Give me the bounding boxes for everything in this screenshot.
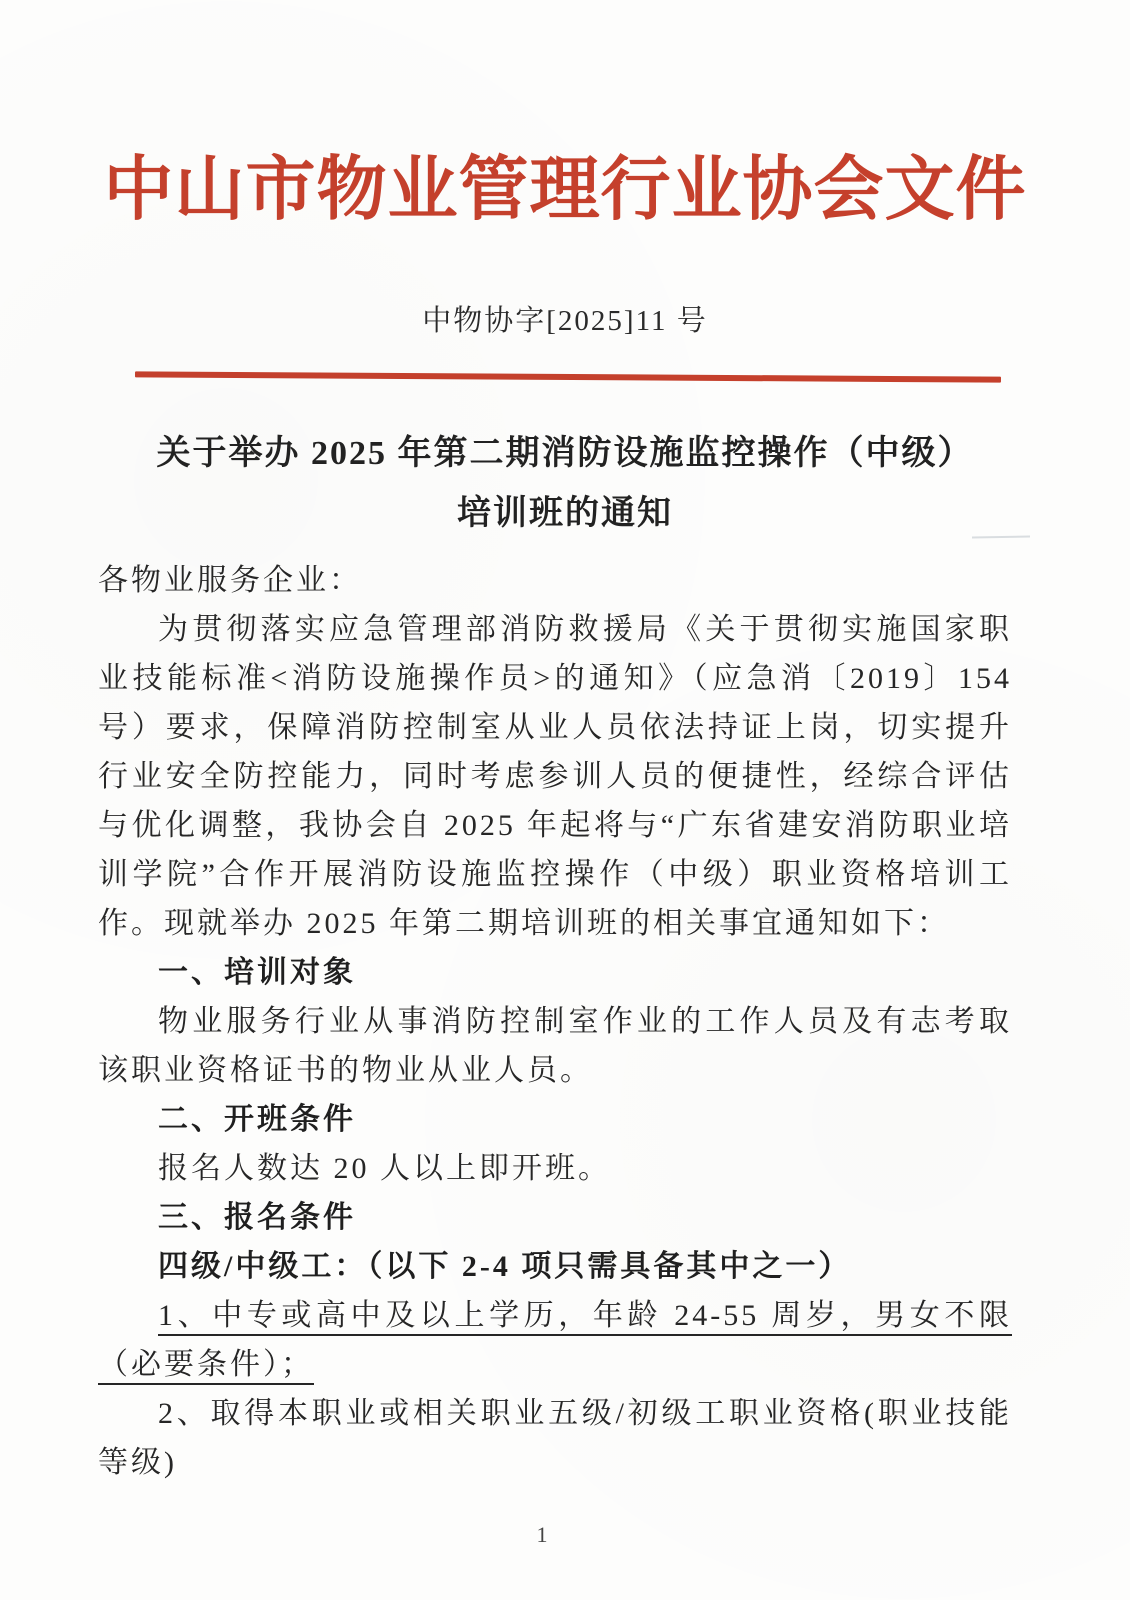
notice-title-line2: 培训班的通知	[0, 484, 1130, 544]
document-page: 中山市物业管理行业协会文件 中物协字[2025]11 号 关于举办 2025 年…	[0, 0, 1130, 1600]
section1-heading: 一、培训对象	[98, 948, 1012, 997]
requirement-item-1: 1、中专或高中及以上学历，年龄 24-55 周岁，男女不限（必要条件）；	[98, 1291, 1012, 1389]
red-divider-line	[135, 371, 1001, 382]
requirement-item-2: 2、取得本职业或相关职业五级/初级工职业资格(职业技能等级)	[98, 1389, 1012, 1487]
salutation: 各物业服务企业：	[98, 556, 1012, 605]
document-body: 各物业服务企业： 为贯彻落实应急管理部消防救援局《关于贯彻实施国家职业技能标准<…	[98, 556, 1012, 1487]
org-header-title: 中山市物业管理行业协会文件	[0, 0, 1130, 229]
section3-subheading: 四级/中级工：（以下 2-4 项只需具备其中之一）	[98, 1242, 1012, 1291]
notice-title-line1: 关于举办 2025 年第二期消防设施监控操作（中级）	[0, 424, 1130, 484]
section2-heading: 二、开班条件	[98, 1095, 1012, 1144]
document-number: 中物协字[2025]11 号	[0, 303, 1130, 339]
section2-text: 报名人数达 20 人以上即开班。	[98, 1144, 1012, 1193]
page-number: 1	[0, 1522, 1084, 1548]
intro-paragraph: 为贯彻落实应急管理部消防救援局《关于贯彻实施国家职业技能标准<消防设施操作员>的…	[98, 605, 1012, 948]
section1-text: 物业服务行业从事消防控制室作业的工作人员及有志考取该职业资格证书的物业从业人员。	[98, 997, 1012, 1095]
notice-title: 关于举办 2025 年第二期消防设施监控操作（中级） 培训班的通知	[0, 424, 1130, 544]
section3-heading: 三、报名条件	[98, 1193, 1012, 1242]
